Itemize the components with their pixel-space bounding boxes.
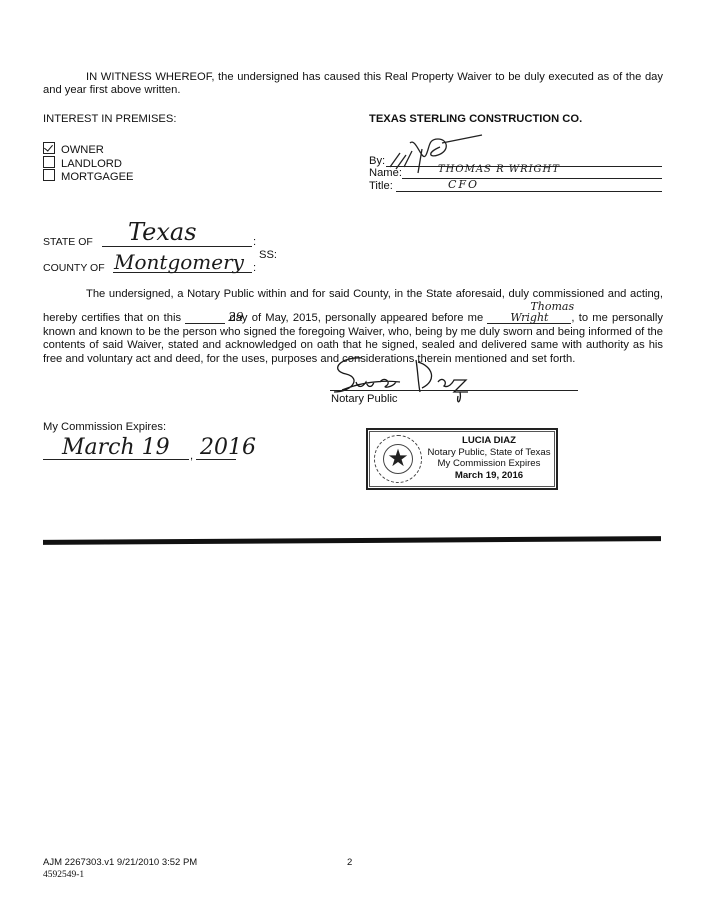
title-line [396, 191, 662, 192]
notary-public-label: Notary Public [331, 393, 398, 406]
footer-doc-number: 4592549-1 [43, 869, 84, 882]
option-owner[interactable]: OWNER [43, 142, 134, 156]
commission-date-value: March 19 [62, 436, 170, 460]
witness-paragraph: IN WITNESS WHEREOF, the undersigned has … [43, 71, 663, 98]
checkbox-empty-icon[interactable] [43, 169, 55, 181]
option-mortgagee[interactable]: MORTGAGEE [43, 169, 134, 183]
title-value: CFO [448, 178, 479, 191]
notary-seal: ★ [374, 435, 422, 483]
state-value: Texas [128, 218, 197, 246]
notary-stamp: ★ LUCIA DIAZ Notary Public, State of Tex… [366, 428, 558, 490]
interest-heading: INTEREST IN PREMISES: [43, 113, 176, 126]
state-colon: : [253, 236, 256, 249]
stamp-date: March 19, 2016 [424, 470, 554, 482]
checkbox-checked-icon[interactable] [43, 142, 55, 154]
checkbox-empty-icon[interactable] [43, 156, 55, 168]
county-colon: : [253, 262, 256, 275]
stamp-line1: Notary Public, State of Texas [424, 447, 554, 459]
commission-year-value: 2016 [200, 436, 256, 460]
county-value: Montgomery [114, 250, 244, 274]
company-name: TEXAS STERLING CONSTRUCTION CO. [369, 113, 582, 126]
stamp-name: LUCIA DIAZ [424, 435, 554, 447]
option-landlord[interactable]: LANDLORD [43, 156, 134, 170]
state-line [102, 246, 252, 247]
commission-comma: , [190, 450, 193, 463]
footer-doc-id: AJM 2267303.v1 9/21/2010 3:52 PM [43, 856, 197, 869]
ss-label: SS: [259, 249, 277, 262]
section-divider [43, 536, 661, 545]
stamp-text: LUCIA DIAZ Notary Public, State of Texas… [424, 435, 554, 481]
day-value: 29 [185, 312, 225, 324]
notary-signature-line [330, 390, 578, 391]
state-label: STATE OF [43, 236, 93, 249]
name-label: Name: [369, 167, 402, 180]
interest-options: OWNER LANDLORD MORTGAGEE [43, 142, 134, 183]
page-number: 2 [347, 856, 352, 869]
person-value: Thomas Wright [487, 301, 571, 324]
name-line [402, 178, 662, 179]
star-icon: ★ [375, 439, 421, 479]
title-label: Title: [369, 180, 393, 193]
county-label: COUNTY OF [43, 262, 105, 275]
name-value: THOMAS R WRIGHT [438, 163, 560, 176]
commission-label: My Commission Expires: [43, 421, 166, 434]
stamp-line2: My Commission Expires [424, 458, 554, 470]
